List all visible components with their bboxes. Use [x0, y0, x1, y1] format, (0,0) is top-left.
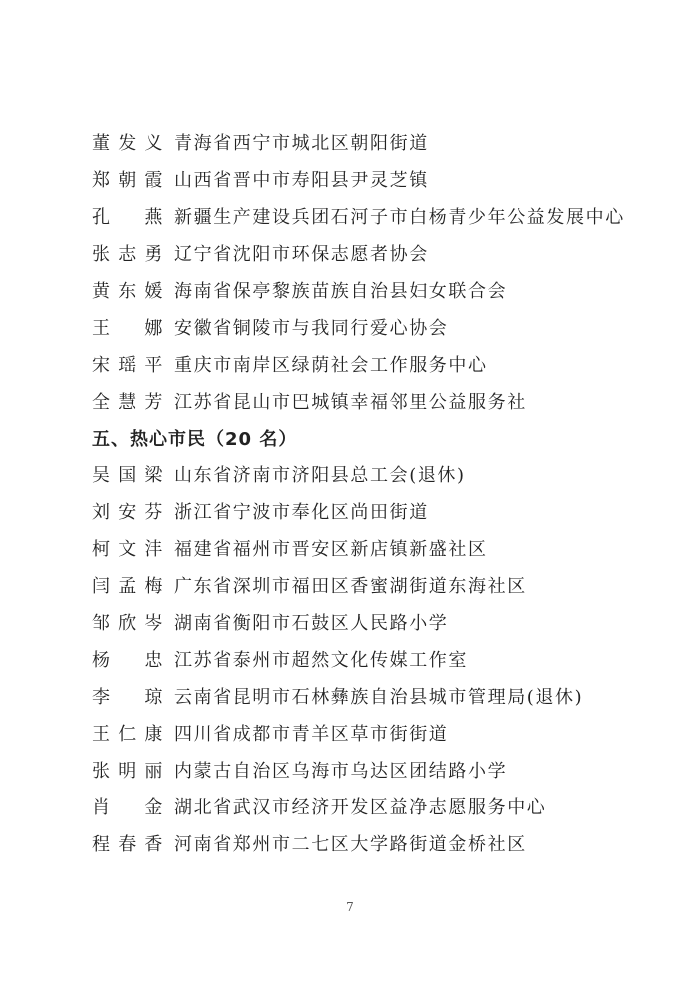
list-item: 张明丽 内蒙古自治区乌海市乌达区团结路小学	[92, 751, 625, 788]
organization: 江苏省昆山市巴城镇幸福邻里公益服务社	[174, 388, 527, 414]
list-item: 孔 燕 新疆生产建设兵团石河子市白杨青少年公益发展中心	[92, 198, 625, 235]
honoree-list: 董发义 青海省西宁市城北区朝阳街道 郑朝霞 山西省晋中市寿阳县尹灵芝镇 孔 燕 …	[92, 124, 625, 862]
organization: 内蒙古自治区乌海市乌达区团结路小学	[174, 757, 507, 783]
person-name: 郑朝霞	[92, 166, 164, 192]
list-item: 吴国梁 山东省济南市济阳县总工会(退休)	[92, 456, 625, 493]
organization: 浙江省宁波市奉化区尚田街道	[174, 498, 429, 524]
organization: 云南省昆明市石林彝族自治县城市管理局(退休)	[174, 683, 583, 709]
list-item: 郑朝霞 山西省晋中市寿阳县尹灵芝镇	[92, 161, 625, 198]
list-item: 程春香 河南省郑州市二七区大学路街道金桥社区	[92, 825, 625, 862]
organization: 广东省深圳市福田区香蜜湖街道东海社区	[174, 572, 527, 598]
person-name: 邹欣岑	[92, 609, 164, 635]
list-item: 杨 忠 江苏省泰州市超然文化传媒工作室	[92, 640, 625, 677]
person-name: 肖 金	[92, 793, 164, 819]
list-item: 李 琼 云南省昆明市石林彝族自治县城市管理局(退休)	[92, 677, 625, 714]
organization: 湖北省武汉市经济开发区益净志愿服务中心	[174, 793, 546, 819]
person-name: 董发义	[92, 129, 164, 155]
organization: 江苏省泰州市超然文化传媒工作室	[174, 646, 468, 672]
organization: 辽宁省沈阳市环保志愿者协会	[174, 240, 429, 266]
person-name: 黄东媛	[92, 277, 164, 303]
organization: 重庆市南岸区绿荫社会工作服务中心	[174, 351, 488, 377]
person-name: 程春香	[92, 830, 164, 856]
list-item: 柯文沣 福建省福州市晋安区新店镇新盛社区	[92, 530, 625, 567]
person-name: 刘安芬	[92, 498, 164, 524]
list-item: 全慧芳 江苏省昆山市巴城镇幸福邻里公益服务社	[92, 382, 625, 419]
person-name: 吴国梁	[92, 461, 164, 487]
list-item: 王 娜 安徽省铜陵市与我同行爱心协会	[92, 308, 625, 345]
organization: 海南省保亭黎族苗族自治县妇女联合会	[174, 277, 507, 303]
organization: 湖南省衡阳市石鼓区人民路小学	[174, 609, 448, 635]
list-item: 刘安芬 浙江省宁波市奉化区尚田街道	[92, 493, 625, 530]
person-name: 全慧芳	[92, 388, 164, 414]
person-name: 李 琼	[92, 683, 164, 709]
list-item: 宋瑶平 重庆市南岸区绿荫社会工作服务中心	[92, 345, 625, 382]
person-name: 张志勇	[92, 240, 164, 266]
organization: 山东省济南市济阳县总工会(退休)	[174, 461, 466, 487]
document-page: 董发义 青海省西宁市城北区朝阳街道 郑朝霞 山西省晋中市寿阳县尹灵芝镇 孔 燕 …	[0, 0, 700, 992]
organization: 四川省成都市青羊区草市街街道	[174, 720, 448, 746]
person-name: 王 娜	[92, 314, 164, 340]
person-name: 柯文沣	[92, 535, 164, 561]
organization: 安徽省铜陵市与我同行爱心协会	[174, 314, 448, 340]
person-name: 闫孟梅	[92, 572, 164, 598]
list-item: 肖 金 湖北省武汉市经济开发区益净志愿服务中心	[92, 788, 625, 825]
person-name: 王仁康	[92, 720, 164, 746]
person-name: 孔 燕	[92, 203, 164, 229]
organization: 福建省福州市晋安区新店镇新盛社区	[174, 535, 488, 561]
organization: 新疆生产建设兵团石河子市白杨青少年公益发展中心	[174, 203, 625, 229]
person-name: 杨 忠	[92, 646, 164, 672]
organization: 山西省晋中市寿阳县尹灵芝镇	[174, 166, 429, 192]
organization: 青海省西宁市城北区朝阳街道	[174, 129, 429, 155]
person-name: 宋瑶平	[92, 351, 164, 377]
section-heading: 五、热心市民（20 名）	[92, 419, 625, 456]
list-item: 黄东媛 海南省保亭黎族苗族自治县妇女联合会	[92, 272, 625, 309]
list-item: 董发义 青海省西宁市城北区朝阳街道	[92, 124, 625, 161]
list-item: 王仁康 四川省成都市青羊区草市街街道	[92, 714, 625, 751]
list-item: 邹欣岑 湖南省衡阳市石鼓区人民路小学	[92, 604, 625, 641]
list-item: 闫孟梅 广东省深圳市福田区香蜜湖街道东海社区	[92, 567, 625, 604]
person-name: 张明丽	[92, 757, 164, 783]
organization: 河南省郑州市二七区大学路街道金桥社区	[174, 830, 527, 856]
page-number: 7	[0, 900, 700, 914]
list-item: 张志勇 辽宁省沈阳市环保志愿者协会	[92, 235, 625, 272]
